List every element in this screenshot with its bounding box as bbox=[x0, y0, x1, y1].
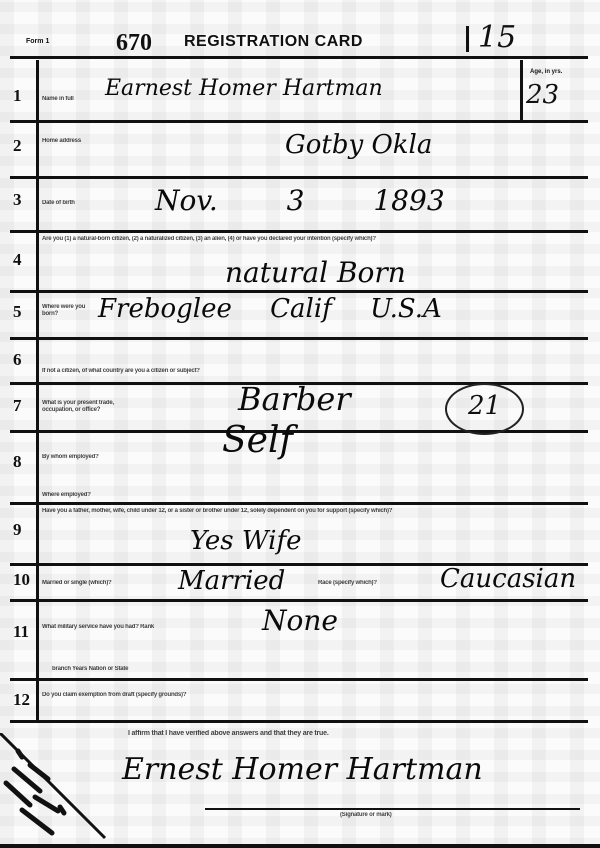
row-number: 5 bbox=[13, 302, 22, 322]
employer-value: Self bbox=[222, 420, 293, 461]
row-number: 10 bbox=[13, 570, 30, 590]
field-label: Have you a father, mother, wife, child u… bbox=[42, 508, 582, 515]
name-value: Earnest Homer Hartman bbox=[105, 76, 383, 101]
divider bbox=[10, 56, 588, 59]
row-number: 8 bbox=[13, 452, 22, 472]
marital-status-value: Married bbox=[178, 566, 285, 596]
divider bbox=[10, 337, 588, 340]
field-label: What is your present trade, occupation, … bbox=[42, 400, 142, 414]
row-number: 7 bbox=[13, 396, 22, 416]
field-label: Are you (1) a natural-born citizen, (2) … bbox=[42, 236, 582, 243]
home-address-value: Gotby Okla bbox=[285, 130, 432, 160]
field-label: branch Years Nation or State bbox=[52, 666, 272, 673]
corner-stripes-icon bbox=[0, 733, 110, 843]
registration-card: Form 1 670 REGISTRATION CARD 15 Age, in … bbox=[0, 0, 600, 848]
registration-number: 15 bbox=[478, 20, 516, 55]
divider bbox=[10, 176, 588, 179]
divider bbox=[36, 60, 39, 720]
field-label: If not a citizen, of what country are yo… bbox=[42, 368, 362, 375]
row-number: 2 bbox=[13, 136, 22, 156]
row-number: 12 bbox=[13, 690, 30, 710]
field-label: What military service have you had? Rank bbox=[42, 624, 262, 631]
occupation-value: Barber bbox=[238, 380, 351, 418]
birthplace-value: Freboglee Calif U.S.A bbox=[98, 294, 442, 324]
field-label: Race (specify which)? bbox=[318, 580, 428, 587]
field-label: Name in full bbox=[42, 96, 102, 103]
field-label: Married or single (which)? bbox=[42, 580, 172, 587]
affirmation-text: I affirm that I have verified above answ… bbox=[128, 730, 568, 737]
divider bbox=[466, 26, 469, 52]
row-number: 1 bbox=[13, 86, 22, 106]
row-number: 11 bbox=[13, 622, 29, 642]
signature-line bbox=[205, 808, 580, 810]
row-number: 4 bbox=[13, 250, 22, 270]
field-label: Where were you born? bbox=[42, 304, 92, 318]
divider bbox=[10, 720, 588, 723]
row-number: 6 bbox=[13, 350, 22, 370]
age-label: Age, in yrs. bbox=[530, 69, 562, 75]
age-value: 23 bbox=[526, 80, 559, 110]
dependents-value: Yes Wife bbox=[190, 526, 302, 556]
row-number: 3 bbox=[13, 190, 22, 210]
form-label: Form 1 bbox=[26, 38, 49, 45]
field-label: By whom employed? bbox=[42, 454, 142, 461]
field-label: Home address bbox=[42, 138, 82, 145]
divider bbox=[10, 502, 588, 505]
signature: Ernest Homer Hartman bbox=[122, 752, 483, 787]
divider bbox=[10, 290, 588, 293]
birth-date-value: Nov. 3 1893 bbox=[155, 184, 445, 217]
field-label: Where employed? bbox=[42, 492, 142, 499]
row-number: 9 bbox=[13, 520, 22, 540]
divider bbox=[10, 599, 588, 602]
citizenship-value: natural Born bbox=[225, 256, 406, 289]
annotation-number: 21 bbox=[447, 391, 522, 421]
divider bbox=[10, 230, 588, 233]
serial-number: 670 bbox=[116, 30, 152, 57]
divider bbox=[0, 844, 600, 848]
annotation-circle: 21 bbox=[445, 383, 524, 435]
field-label: Do you claim exemption from draft (speci… bbox=[42, 692, 192, 699]
field-label: Date of birth bbox=[42, 200, 82, 207]
signature-label: (Signature or mark) bbox=[340, 812, 440, 819]
divider bbox=[10, 678, 588, 681]
divider bbox=[520, 60, 523, 122]
card-title: REGISTRATION CARD bbox=[184, 33, 363, 51]
race-value: Caucasian bbox=[440, 564, 576, 594]
military-service-value: None bbox=[262, 604, 338, 637]
divider bbox=[10, 120, 588, 123]
